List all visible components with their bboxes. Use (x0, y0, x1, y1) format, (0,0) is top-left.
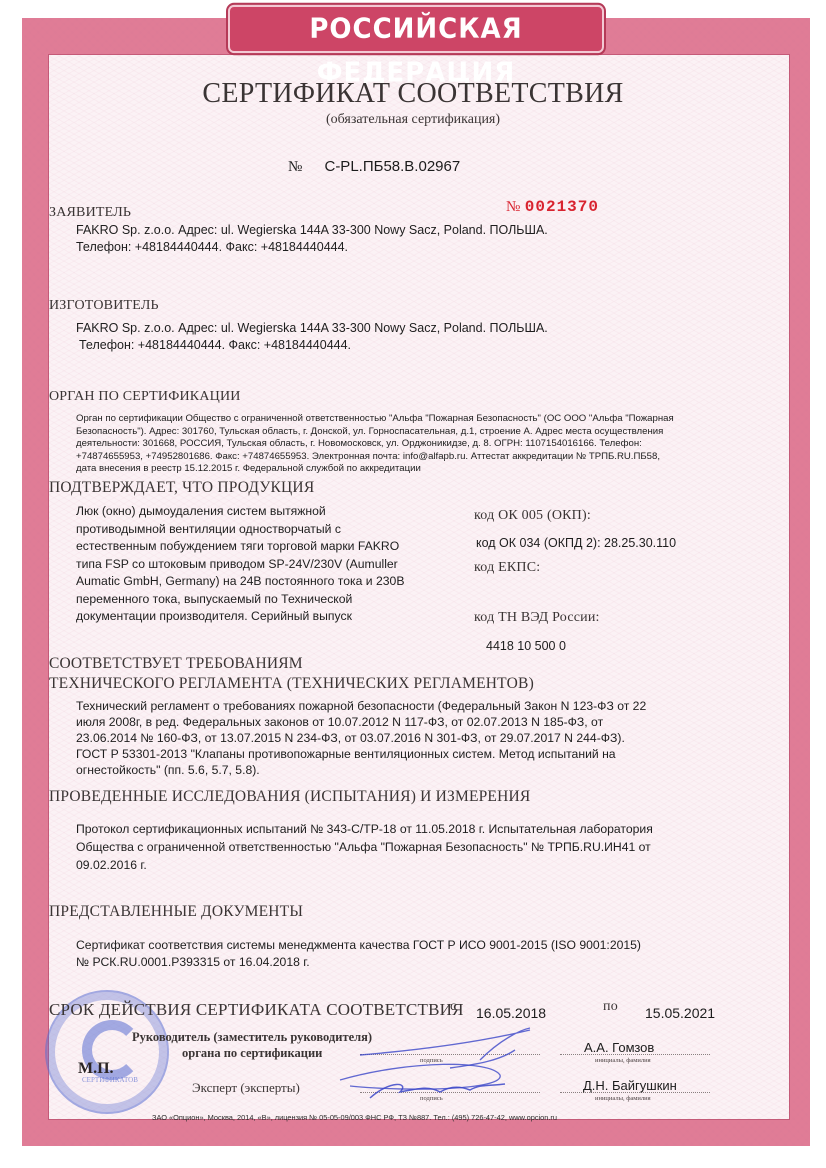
expert-name-caption: инициалы, фамилия (595, 1095, 651, 1102)
tests-heading: ПРОВЕДЕННЫЕ ИССЛЕДОВАНИЯ (ИСПЫТАНИЯ) И И… (49, 788, 530, 806)
documents-heading: ПРЕДСТАВЛЕННЫЕ ДОКУМЕНТЫ (49, 903, 303, 921)
code-ekps-label: код ЕКПС: (474, 560, 540, 576)
certificate-title: СЕРТИФИКАТ СООТВЕТСТВИЯ (0, 78, 826, 110)
handwritten-signatures (330, 1020, 570, 1110)
expert-name: Д.Н. Байгушкин (583, 1078, 677, 1093)
applicant-phone: Телефон: +48184440444. Факс: +4818444044… (76, 239, 348, 255)
applicant-address: FAKRO Sp. z.o.o. Адрес: ul. Wegierska 14… (76, 222, 548, 238)
validity-from-label: с (450, 999, 456, 1015)
manufacturer-heading: ИЗГОТОВИТЕЛЬ (49, 298, 159, 314)
certificate-number: C-PL.ПБ58.В.02967 (324, 158, 460, 175)
validity-heading: СРОК ДЕЙСТВИЯ СЕРТИФИКАТА СООТВЕТСТВИЯ (49, 1000, 464, 1020)
requirements-heading-2: ТЕХНИЧЕСКОГО РЕГЛАМЕНТА (ТЕХНИЧЕСКИХ РЕГ… (49, 675, 534, 693)
form-number-sign: № (506, 199, 520, 215)
requirements-text: Технический регламент о требованиях пожа… (76, 698, 796, 778)
tests-text: Протокол сертификационных испытаний № 34… (76, 820, 796, 874)
expert-label: Эксперт (эксперты) (192, 1080, 300, 1096)
form-number: № 0021370 (506, 198, 599, 216)
code-tnved-label: код ТН ВЭД России: (474, 610, 600, 626)
stamp-place-label: М.П. (78, 1060, 114, 1078)
head-label-line2: органа по сертификации (182, 1046, 322, 1061)
certificate-number-row: № C-PL.ПБ58.В.02967 (288, 158, 460, 176)
code-tnved-value: 4418 10 500 0 (486, 638, 566, 654)
manufacturer-address: FAKRO Sp. z.o.o. Адрес: ul. Wegierska 14… (76, 320, 548, 336)
printer-footer: ЗАО «Опцион», Москва, 2014, «В», лицензи… (152, 1113, 557, 1122)
code-okpd2: код ОК 034 (ОКПД 2): 28.25.30.110 (476, 535, 676, 551)
validity-from-date: 16.05.2018 (476, 1005, 546, 1021)
validity-to-date: 15.05.2021 (645, 1005, 715, 1021)
applicant-heading: ЗАЯВИТЕЛЬ (49, 205, 131, 221)
head-name-caption: инициалы, фамилия (595, 1057, 651, 1064)
certification-body-heading: ОРГАН ПО СЕРТИФИКАЦИИ (49, 389, 241, 405)
manufacturer-phone: Телефон: +48184440444. Факс: +4818444044… (79, 337, 351, 353)
form-number-value: 0021370 (525, 198, 599, 216)
product-description: Люк (окно) дымоудаления систем вытяжной … (76, 503, 466, 626)
number-sign: № (288, 159, 302, 175)
validity-to-label: по (603, 999, 618, 1015)
requirements-heading-1: СООТВЕТСТВУЕТ ТРЕБОВАНИЯМ (49, 655, 303, 673)
certification-body-text: Орган по сертификации Общество с огранич… (76, 413, 796, 476)
code-okp-label: код ОК 005 (ОКП): (474, 508, 591, 524)
documents-text: Сертификат соответствия системы менеджме… (76, 937, 796, 971)
certificate-subtitle: (обязательная сертификация) (0, 112, 826, 128)
product-heading: ПОДТВЕРЖДАЕТ, ЧТО ПРОДУКЦИЯ (49, 479, 314, 497)
banner-russian-federation: РОССИЙСКАЯ ФЕДЕРАЦИЯ (228, 5, 604, 53)
head-name: А.А. Гомзов (584, 1040, 654, 1055)
